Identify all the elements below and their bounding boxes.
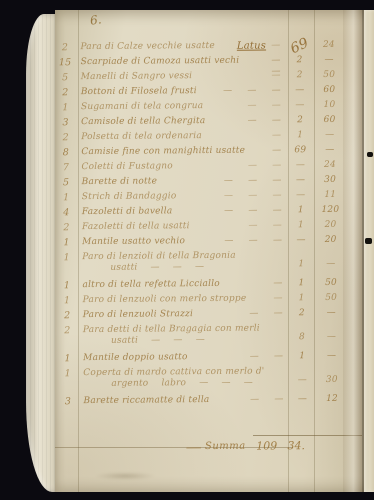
filler-dashes: — — [242, 278, 289, 289]
page-number: 6. — [89, 12, 102, 27]
amount-column-1: 1 — [289, 351, 315, 362]
quantity-value: 8 — [54, 147, 77, 158]
quantity-value: 2 — [54, 132, 77, 143]
summa-dash: — — [186, 437, 202, 456]
amount-column-1: — — [289, 375, 315, 386]
amount-column-1: — — [289, 394, 315, 405]
filler-dashes: — — — [227, 115, 287, 127]
filler-dashes: — — [267, 145, 287, 156]
summa-label: Summa — [205, 441, 246, 452]
amount-column-2: 60 — [313, 115, 346, 126]
item-description: Paro di lenzuoli Strazzi — — — [79, 308, 289, 321]
filler-dashes: — — — — [179, 175, 288, 187]
filler-dashes: — — — [231, 394, 289, 406]
item-description: Fazoletti di bavella — — — — [78, 205, 288, 218]
filler-dashes: — — [266, 40, 286, 51]
amount-column-1: 8 — [289, 332, 315, 343]
adjacent-page-sliver — [364, 10, 374, 492]
item-description: Bottoni di Filosela frusti — — — — [77, 85, 287, 98]
item-description: Strich di Bandaggio — — — — [78, 190, 288, 203]
quantity-value: 5 — [55, 177, 78, 188]
quantity-value: 5 — [54, 72, 77, 83]
item-description: Polsetta di tela ordenaria — — [77, 130, 287, 143]
amount-column-1: 2 — [287, 115, 313, 126]
item-description-line2: usatti — — — — [83, 334, 289, 347]
ledger-row: 2 Para detti di tella Bragagia con merli… — [56, 323, 363, 354]
filler-dashes: — — — [215, 308, 289, 320]
amount-column-1: — — [288, 190, 314, 201]
quantity-value: 1 — [55, 192, 78, 203]
item-description: Para di Calze vecchie usatte Latus — — [76, 40, 286, 53]
amount-column-1: 1 — [288, 220, 314, 231]
item-description: Paro di lenzuoli con merlo stroppe — — [79, 293, 289, 306]
filler-dashes: — — — — [194, 205, 288, 217]
item-description: Paro di lenzioli di tella Bragonia usatt… — [78, 250, 288, 274]
amount-column-2: — — [313, 55, 346, 66]
item-description: Para detti di tella Bragagia con merli u… — [79, 323, 289, 347]
amount-column-2: 24 — [312, 40, 345, 51]
filler-dashes: — — — [195, 160, 288, 172]
quantity-value: 15 — [54, 57, 77, 68]
latus-label: Latus — [237, 40, 266, 51]
quantity-value: 1 — [56, 368, 79, 379]
quantity-value: 7 — [54, 162, 77, 173]
amount-column-2: 60 — [313, 85, 346, 96]
quantity-value: 2 — [56, 310, 79, 321]
item-description-line2: argento labro — — — — [83, 377, 289, 390]
item-description: Sugamani di tela congrua — — — [77, 100, 287, 113]
quantity-value: 2 — [53, 42, 76, 53]
ledger-row: 1 Coperta di mardo cattiva con merlo d' … — [56, 366, 363, 397]
filler-dashes: — — [214, 70, 287, 82]
quantity-value: 3 — [54, 117, 77, 128]
quantity-value: 1 — [55, 237, 78, 248]
amount-column-1: — — [288, 235, 314, 246]
quantity-value: 2 — [54, 87, 77, 98]
amount-column-1: 1 — [289, 293, 315, 304]
item-description: Coperta di mardo cattiva con merlo d' ar… — [79, 366, 289, 390]
quantity-value: 3 — [56, 396, 79, 407]
amount-column-1: 1 — [288, 205, 314, 216]
amount-column-1: 1 — [288, 259, 314, 270]
item-description-line2: usatti — — — — [82, 261, 288, 274]
page-edge-mark — [365, 238, 372, 244]
amount-column-1: 69 — [286, 36, 314, 57]
quantity-value: 1 — [54, 102, 77, 113]
quantity-value: 2 — [56, 325, 79, 336]
filler-dashes: — — — — [198, 190, 287, 202]
amount-column-1: 1 — [287, 130, 313, 141]
item-description: Mantile doppio usatto — — — [79, 351, 289, 364]
filler-dashes: — — — [212, 220, 288, 232]
filler-dashes: — — — [225, 100, 287, 112]
amount-column-1: 69 — [287, 145, 313, 156]
item-description: altro di tella refetta Licciallo — — [78, 278, 288, 291]
amount-column-2: 11 — [314, 190, 347, 201]
amount-column-2: — — [313, 130, 346, 141]
quantity-value: 2 — [55, 222, 78, 233]
item-description: Barette riccamatte di tella — — — [79, 394, 289, 407]
ledger-row: 3 Barette riccamatte di tella — — — 12 — [56, 394, 363, 412]
filler-dashes: — — — — [219, 85, 287, 97]
page-edge-mark — [367, 152, 373, 157]
filler-dashes: — — — — [207, 235, 288, 247]
item-description: Coletti di Fustagno — — — [77, 160, 287, 173]
amount-column-1: — — [288, 175, 314, 186]
quantity-value: 4 — [55, 207, 78, 218]
photo-frame: 6. 2 Para di Calze vecchie usatte Latus … — [0, 0, 374, 500]
quantity-value: 1 — [55, 252, 78, 263]
amount-column-1: — — [287, 100, 313, 111]
amount-column-2: 120 — [314, 205, 347, 216]
manuscript-page: 6. 2 Para di Calze vecchie usatte Latus … — [55, 10, 374, 492]
filler-dashes: — — — [210, 351, 290, 363]
quantity-value: 1 — [56, 295, 79, 306]
inventory-rows: 2 Para di Calze vecchie usatte Latus — 6… — [53, 40, 363, 412]
summa-total-2: 34. — [280, 439, 313, 452]
amount-column-2: 50 — [313, 70, 346, 81]
amount-column-1: — — [287, 85, 313, 96]
filler-dashes: — — [268, 293, 288, 304]
summa-row: Summa — 109 34. — [55, 436, 362, 458]
amount-column-2: — — [313, 145, 346, 156]
quantity-value: 1 — [56, 353, 79, 364]
ink-smudge — [95, 472, 155, 480]
amount-column-1: — — [287, 160, 313, 171]
ledger-row: 1 Paro di lenzioli di tella Bragonia usa… — [55, 250, 362, 281]
item-description: Camisole di tella Chergita — — — [77, 115, 287, 128]
amount-column-1: 2 — [287, 70, 313, 81]
filler-dashes: — — [224, 130, 287, 142]
item-description: Mantile usatto vechio — — — — [78, 235, 288, 248]
amount-column-2: 30 — [314, 175, 347, 186]
page-fold — [343, 10, 362, 492]
amount-column-1: 2 — [289, 308, 315, 319]
amount-column-2: 24 — [313, 160, 346, 171]
amount-column-1: 1 — [288, 278, 314, 289]
amount-column-2: 10 — [313, 100, 346, 111]
item-description: Fazoletti di tella usatti — — — [78, 220, 288, 233]
item-description: Barette di notte — — — — [78, 175, 288, 188]
item-description: Manelli di Sangro vessi — — [77, 70, 287, 83]
item-description: Camisie fine con manighitti usatte — — [77, 145, 287, 158]
summa-total-1: 109 — [254, 439, 280, 452]
quantity-value: 1 — [55, 280, 78, 291]
